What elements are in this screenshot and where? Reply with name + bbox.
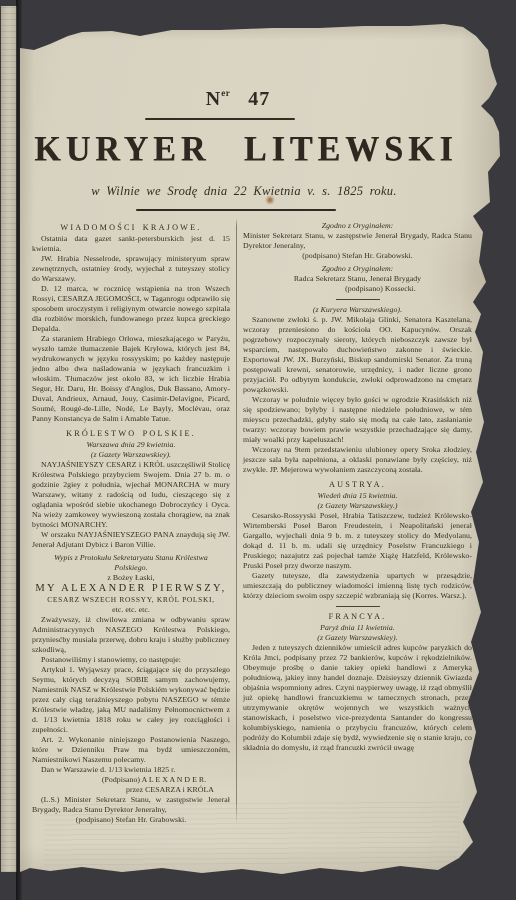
section-heading: KRÓLESTWO POLSKIE. <box>32 429 230 439</box>
section-heading: AUSTRYA. <box>243 480 472 490</box>
center-line: Radca Sekretarz Stanu, Jenerał Brygady <box>243 274 472 284</box>
section-dateline: Warszawa dnia 29 kwietnia. <box>32 440 230 450</box>
paragraph: W orszaku NAYJAŚNIEYSZEGO PANA znaydują … <box>32 530 230 550</box>
section-source: (z Gazety Warszawskiey). <box>32 450 230 460</box>
paragraph: Cesarsko-Rossyyski Poseł, Hrabia Tatiszc… <box>243 511 472 571</box>
center-italic-line: (z Kuryera Warszawskiego). <box>243 305 472 315</box>
royal-title-line: MY ALEXANDER PIERWSZY, <box>32 583 230 595</box>
paragraph: Szanowne zwłoki ś. p. JW. Mikołaja Glink… <box>243 315 472 395</box>
verso-showthrough <box>44 801 460 866</box>
newspaper-page: Ner47 KURYER LITEWSKI w Wilnie we Srodę … <box>20 24 500 876</box>
paragraph: JW. Hrabia Nesselrode, sprawujący minist… <box>32 254 230 284</box>
royal-subtitle-line: CESARZ WSZECH ROSSYY, KRÓL POLSKI, <box>32 595 230 605</box>
issue-superscript: er <box>221 88 230 98</box>
signature-line: (podpisano) Kossecki. <box>243 284 472 294</box>
paragraph: Art. 2. Wykonanie niniejszego Postanowie… <box>32 735 230 765</box>
signature-line: przez CESARZA i KRÓLA <box>32 785 230 795</box>
column-divider-rule <box>236 218 237 825</box>
paragraph: Gazety tuteysze, dla zawstydzenia uparty… <box>243 571 472 601</box>
issue-rule <box>145 118 295 120</box>
center-line: (podpisano) Stefan Hr. Grabowski. <box>243 251 472 261</box>
paragraph: Zważywszy, iż chwilowa zmiana w odbywani… <box>32 615 230 655</box>
center-line: z Bożey Łaski, <box>32 573 230 583</box>
center-line: etc. etc. etc. <box>32 605 230 615</box>
paragraph: NAYJAŚNIEYSZY CESARZ i KRÓL uszczęśliwił… <box>32 460 230 530</box>
paragraph: Minister Sekretarz Stanu, w zastępstwie … <box>243 231 472 251</box>
center-italic-line: Zgodno z Oryginałem: <box>243 221 472 231</box>
issue-number: Ner47 <box>0 88 478 111</box>
paragraph: Wczoray w południe więcey było gości w o… <box>243 395 472 445</box>
section-dateline: Paryż dnia 11 kwietnia. <box>243 623 472 633</box>
section-heading: FRANCYA. <box>243 612 472 622</box>
paragraph: Artykuł 1. Wyjąwszy prace, ściągające si… <box>32 665 230 735</box>
paragraph: Jeden z tuteyszych dzienników umieścił a… <box>243 643 472 753</box>
issue-prefix: N <box>206 88 221 110</box>
section-source: (z Gazety Warszawskiey). <box>243 633 472 643</box>
scan-background: Ner47 KURYER LITEWSKI w Wilnie we Srodę … <box>0 0 516 900</box>
signature-line: (Podpisano) A L E X A N D E R. <box>32 775 230 785</box>
column-left: WIADOMOŚCI KRAJOWE.Ostatnia data gazet s… <box>32 218 230 825</box>
section-heading: WIADOMOŚCI KRAJOWE. <box>32 223 230 233</box>
center-italic-line: Wypis z Protokułu Sekretaryatu Stanu Kró… <box>32 553 230 573</box>
center-italic-line: Zgodno z Oryginałem: <box>243 264 472 274</box>
paragraph: Wczoray na 9tem przedstawieniu ulubioney… <box>243 445 472 475</box>
masthead-title: KURYER LITEWSKI <box>6 129 486 169</box>
paragraph: Dan w Warszawie d. 1/13 kwietnia 1825 r. <box>32 765 230 775</box>
paragraph: D. 12 marca, w rocznicę wstąpienia na tr… <box>32 284 230 334</box>
section-source: (z Gazety Warszawskiey.) <box>243 501 472 511</box>
separator-rule <box>336 299 380 300</box>
adjacent-page-sliver <box>1 6 17 872</box>
issue-value: 47 <box>248 88 270 110</box>
masthead-dateline: w Wilnie we Srodę dnia 22 Kwietnia v. s.… <box>4 184 484 199</box>
article-columns: WIADOMOŚCI KRAJOWE.Ostatnia data gazet s… <box>20 218 500 825</box>
masthead-rule <box>136 209 336 211</box>
section-dateline: Wiedeń dnia 15 kwietnia. <box>243 491 472 501</box>
separator-rule <box>336 606 380 607</box>
paragraph: Za staraniem Hrabiego Orłowa, mieszkając… <box>32 334 230 424</box>
column-right: Zgodno z Oryginałem:Minister Sekretarz S… <box>243 218 472 825</box>
paragraph: Postanowiliśmy i stanowiemy, co następuj… <box>32 655 230 665</box>
paragraph: Ostatnia data gazet sankt-petersburskich… <box>32 234 230 254</box>
